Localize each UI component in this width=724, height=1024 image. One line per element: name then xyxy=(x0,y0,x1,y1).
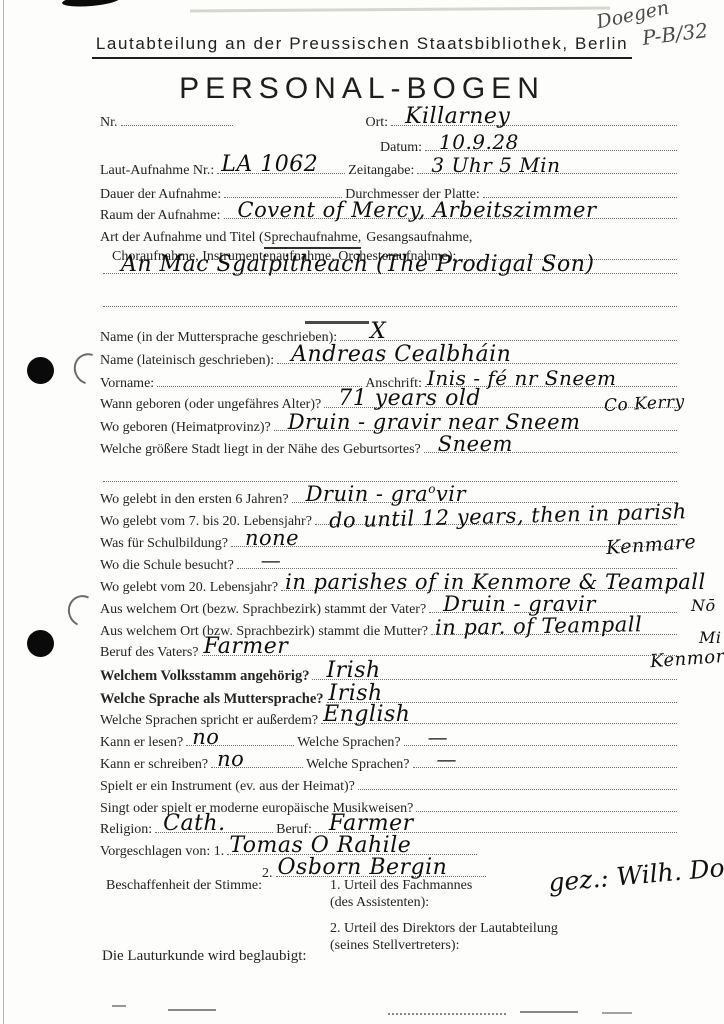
geburtsort-field: Druin - gravir near Sneem xyxy=(274,425,677,431)
row-schreiben: Kann er schreiben? no Welche Sprachen? — xyxy=(100,757,680,773)
stadt-label: Welche größere Stadt liegt in der Nähe d… xyxy=(100,442,421,458)
stadt-value: Sneem xyxy=(438,432,513,456)
stimme-label: Beschaffenheit der Stimme: xyxy=(106,878,262,894)
scan-mark xyxy=(388,1011,506,1015)
row-lesen: Kann er lesen? no Welche Sprachen? — xyxy=(100,735,680,751)
raum-field: Covent of Mercy, Arbeitszimmer xyxy=(224,213,677,219)
j20-value: in parishes of in Kenmore & Teampall xyxy=(285,570,706,594)
row-geburtsort: Wo geboren (Heimatprovinz)? Druin - grav… xyxy=(100,420,680,436)
raum-label: Raum der Aufnahme: xyxy=(100,208,221,224)
urteil2-sub-label: (seines Stellvertreters): xyxy=(330,938,459,954)
empty-field xyxy=(103,301,677,307)
aufnahme-nr-field: LA 1062 xyxy=(217,168,345,174)
dauer-label: Dauer der Aufnahme: xyxy=(100,187,221,203)
lesen-welche-label: Welche Sprachen? xyxy=(297,735,400,751)
schule-value: — xyxy=(261,548,282,572)
row-instrument: Spielt er ein Instrument (ev. aus der He… xyxy=(100,779,680,795)
ort-value: Killarney xyxy=(405,104,510,129)
institution-name: Lautabteilung an der Preussischen Staats… xyxy=(92,34,632,59)
erste6-part-b: vir xyxy=(436,482,466,506)
personal-bogen-form: Doegen P-B/32 Lautabteilung an der Preus… xyxy=(0,0,724,1024)
name-latein-value: Andreas Cealbháin xyxy=(291,342,511,367)
vorgeschlagen-label: Vorgeschlagen von: 1. xyxy=(100,844,224,860)
scan-mark xyxy=(112,1005,126,1007)
nr-field xyxy=(121,120,233,126)
spacer xyxy=(236,125,366,126)
schulbildung-value: none xyxy=(245,526,299,550)
religion-value: Cath. xyxy=(163,811,225,836)
header: Lautabteilung an der Preussischen Staats… xyxy=(0,34,724,59)
lesen-welche-value: — xyxy=(428,725,449,749)
row-beruf-vater: Beruf des Vaters? Farmer xyxy=(100,645,680,661)
schreiben-field: no xyxy=(211,762,303,768)
instrument-field xyxy=(358,784,677,790)
name-mutter-field: X xyxy=(340,335,677,341)
mutter-field: in par. of Teampall xyxy=(431,629,677,635)
beruf-vater-field: Farmer xyxy=(202,650,678,656)
sprachen-value: English xyxy=(323,702,410,727)
row-titel: An Mac Sgaipitheach (The Prodigal Son) xyxy=(100,268,680,274)
lesen-label: Kann er lesen? xyxy=(100,735,183,751)
art-sprechaufnahme: Sprechaufnahme, xyxy=(264,230,362,249)
schreiben-welche-value: — xyxy=(437,747,458,771)
schule-label: Wo die Schule besucht? xyxy=(100,558,234,574)
datum-field: 10.9.28 xyxy=(425,145,677,151)
row-nr-ort: Nr. Ort: Killarney xyxy=(100,115,680,131)
margin-note-mi: Mi xyxy=(699,628,722,647)
lesen-value: no xyxy=(192,725,219,749)
row-volksstamm: Welchem Volksstamm angehörig? Irish xyxy=(100,668,680,685)
zeit-value: 3 Uhr 5 Min xyxy=(431,153,560,177)
beruf-vater-value: Farmer xyxy=(204,634,289,659)
religion-label: Religion: xyxy=(100,822,152,838)
scan-mark xyxy=(602,1012,632,1014)
beruf-vater-label: Beruf des Vaters? xyxy=(100,645,199,661)
art-label-prefix: Art der Aufnahme und Titel ( xyxy=(100,230,264,246)
schreiben-label: Kann er schreiben? xyxy=(100,757,208,773)
hole-punch-top xyxy=(27,357,54,384)
j20-label: Wo gelebt vom 20. Lebensjahr? xyxy=(100,580,278,596)
lesen-welche-field: — xyxy=(404,740,677,746)
erste6-superscript: o xyxy=(428,482,436,496)
vorname-label: Vorname: xyxy=(100,376,154,392)
musik-field xyxy=(416,806,677,812)
lesen-field: no xyxy=(186,740,294,746)
mutter-value: in par. of Teampall xyxy=(435,612,643,640)
erste6-part-a: Druin - gra xyxy=(306,482,429,506)
vorgeschlagen-2-field: Osborn Bergin xyxy=(276,871,486,877)
form-title: PERSONAL-BOGEN xyxy=(0,72,724,106)
alter-field: 71 years old xyxy=(324,402,677,408)
row-sprachen: Welche Sprachen spricht er außerdem? Eng… xyxy=(100,713,680,729)
raum-value: Covent of Mercy, Arbeitszimmer xyxy=(238,198,597,222)
name-latein-field: Andreas Cealbháin xyxy=(277,358,677,364)
schulbildung-label: Was für Schulbildung? xyxy=(100,536,228,552)
aufnahme-nr-label: Laut-Aufnahme Nr.: xyxy=(100,163,214,179)
stadt-field: Sneem xyxy=(424,447,677,453)
urteil1-sub-label: (des Assistenten): xyxy=(330,895,429,911)
schreiben-welche-field: — xyxy=(413,762,678,768)
sprachen-field: English xyxy=(321,718,677,724)
j7-20-field: do until 12 years, then in parish xyxy=(315,519,677,525)
ort-field: Killarney xyxy=(391,120,677,126)
section-separator xyxy=(305,321,369,324)
datum-label: Datum: xyxy=(380,140,422,156)
row-mutter: Aus welchem Ort (bzw. Sprachbezirk) stam… xyxy=(100,624,680,640)
ring-stain-bottom xyxy=(63,591,102,631)
name-latein-label: Name (lateinisch geschrieben): xyxy=(100,353,274,369)
hole-punch-bottom xyxy=(27,630,54,657)
muttersprache-label: Welche Sprache als Muttersprache? xyxy=(100,691,324,708)
urteil2-label: 2. Urteil des Direktors der Lautabteilun… xyxy=(330,921,558,937)
aufnahme-nr-value: LA 1062 xyxy=(221,152,318,177)
schreiben-value: no xyxy=(217,747,244,771)
urteil1-label: 1. Urteil des Fachmannes xyxy=(330,878,472,894)
schulbildung-field: none xyxy=(231,541,677,547)
titel-field: An Mac Sgaipitheach (The Prodigal Son) xyxy=(103,268,677,274)
ort-label: Ort: xyxy=(366,115,389,131)
scan-mark xyxy=(520,1011,578,1013)
row-stadt: Welche größere Stadt liegt in der Nähe d… xyxy=(100,442,680,458)
vorgeschlagen-2-value: Osborn Bergin xyxy=(278,855,448,880)
alter-value: 71 years old xyxy=(338,386,481,411)
zeit-label: Zeitangabe: xyxy=(348,163,414,179)
row-art-1: Art der Aufnahme und Titel ( Sprechaufna… xyxy=(100,230,680,249)
erste6-value: Druin - graovir xyxy=(306,482,466,506)
zeit-field: 3 Uhr 5 Min xyxy=(417,168,677,174)
margin-note-no: Nō xyxy=(691,596,716,615)
row-raum: Raum der Aufnahme: Covent of Mercy, Arbe… xyxy=(100,208,680,224)
art-label-suffix: Gesangsaufnahme, xyxy=(366,230,472,246)
schreiben-welche-label: Welche Sprachen? xyxy=(306,757,409,773)
schule-field: — xyxy=(237,563,677,569)
vorname-field xyxy=(157,381,362,387)
vater-label: Aus welchem Ort (bezw. Sprachbezirk) sta… xyxy=(100,602,426,618)
nr-label: Nr. xyxy=(100,115,118,131)
row-aufnahme-zeit: Laut-Aufnahme Nr.: LA 1062 Zeitangabe: 3… xyxy=(100,163,680,179)
row-schulbildung: Was für Schulbildung? none xyxy=(100,536,680,552)
row-j7-20: Wo gelebt vom 7. bis 20. Lebensjahr? do … xyxy=(100,514,680,530)
scan-streak xyxy=(190,7,610,13)
titel-value: An Mac Sgaipitheach (The Prodigal Son) xyxy=(121,252,594,277)
row-empty-line xyxy=(100,301,680,307)
vorgeschlagen-2-label: 2. xyxy=(262,866,273,882)
scan-edge-line xyxy=(3,0,4,1024)
name-mutter-value: X xyxy=(370,319,386,344)
geburtsort-label: Wo geboren (Heimatprovinz)? xyxy=(100,420,271,436)
beglaubigt-label: Die Lauturkunde wird beglaubigt: xyxy=(102,948,307,965)
j20-field: in parishes of in Kenmore & Teampall xyxy=(281,585,677,591)
scan-mark xyxy=(168,1009,216,1011)
volksstamm-label: Welchem Volksstamm angehörig? xyxy=(100,668,309,685)
geburtsort-value: Druin - gravir near Sneem xyxy=(288,410,581,434)
instrument-label: Spielt er ein Instrument (ev. aus der He… xyxy=(100,779,355,795)
volksstamm-value: Irish xyxy=(326,658,380,683)
scan-artifact-top xyxy=(62,0,121,9)
erste6-label: Wo gelebt in den ersten 6 Jahren? xyxy=(100,492,289,508)
datum-value: 10.9.28 xyxy=(439,130,519,154)
volksstamm-field: Irish xyxy=(312,674,677,680)
